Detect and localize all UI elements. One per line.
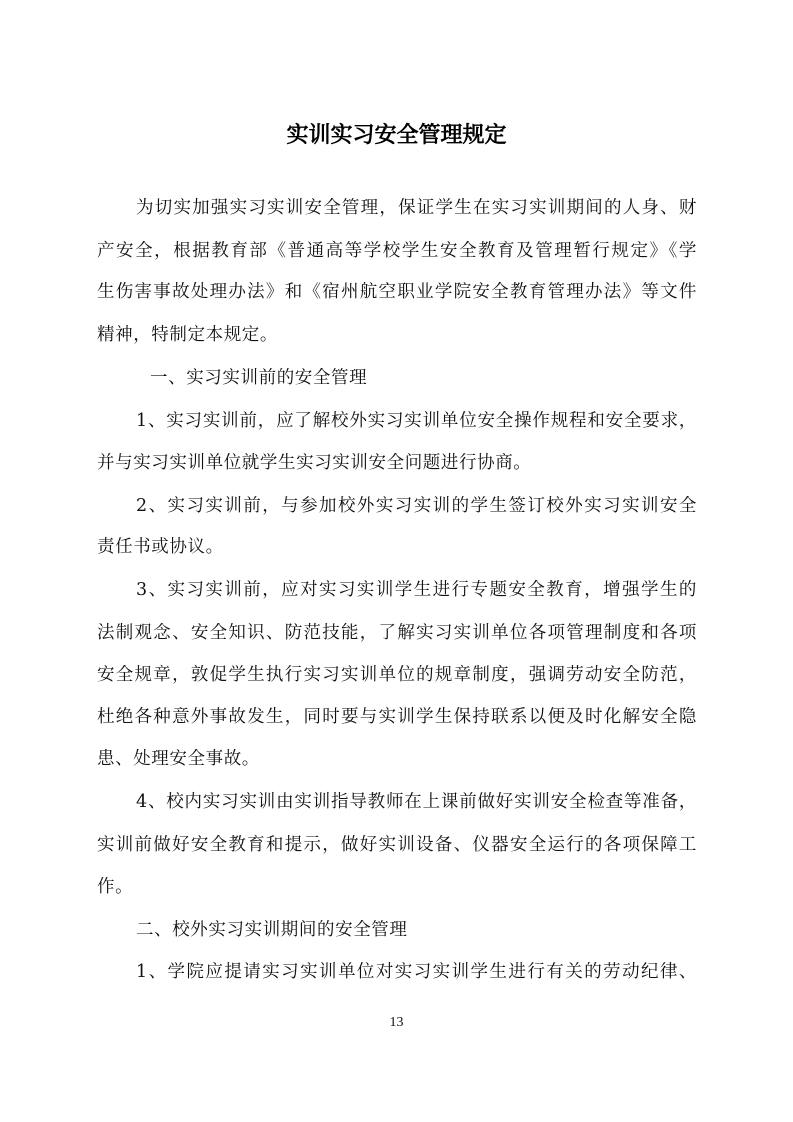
paragraph-line: 作。	[97, 875, 697, 899]
paragraph-line: 为切实加强实习实训安全管理，保证学生在实习实训期间的人身、财	[136, 196, 697, 220]
paragraph-line: 生伤害事故处理办法》和《宿州航空职业学院安全教育管理办法》等文件	[97, 280, 697, 304]
paragraph-line: 2、实习实训前，与参加校外实习实训的学生签订校外实习实训安全	[136, 494, 697, 518]
paragraph-line: 1、实习实训前，应了解校外实习实训单位安全操作规程和安全要求，	[136, 409, 697, 433]
paragraph-line: 安全规章，敦促学生执行实习实训单位的规章制度，强调劳动安全防范，	[97, 663, 697, 687]
paragraph-line: 法制观念、安全知识、防范技能，了解实习实训单位各项管理制度和各项	[97, 621, 697, 645]
section-heading: 二、校外实习实训期间的安全管理	[136, 918, 697, 942]
paragraph-line: 4、校内实习实训由实训指导教师在上课前做好实训安全检查等准备，	[136, 790, 697, 814]
paragraph-line: 3、实习实训前，应对实习实训学生进行专题安全教育，增强学生的	[136, 578, 697, 602]
paragraph-line: 实训前做好安全教育和提示，做好实训设备、仪器安全运行的各项保障工	[97, 833, 697, 857]
paragraph-line: 并与实习实训单位就学生实习实训安全问题进行协商。	[97, 451, 697, 475]
paragraph-line: 1、学院应提请实习实训单位对实习实训学生进行有关的劳动纪律、	[136, 960, 697, 984]
paragraph-line: 患、处理安全事故。	[97, 747, 697, 771]
paragraph-line: 杜绝各种意外事故发生，同时要与实训学生保持联系以便及时化解安全隐	[97, 705, 697, 729]
paragraph-line: 产安全，根据教育部《普通高等学校学生安全教育及管理暂行规定》《学	[97, 239, 697, 263]
paragraph-line: 精神，特制定本规定。	[97, 323, 697, 347]
paragraph-line: 责任书或协议。	[97, 535, 697, 559]
document-title: 实训实习安全管理规定	[0, 118, 793, 149]
page-number: 13	[0, 1015, 793, 1031]
section-heading: 一、实习实训前的安全管理	[150, 366, 697, 390]
document-page: 实训实习安全管理规定 为切实加强实习实训安全管理，保证学生在实习实训期间的人身、…	[0, 0, 793, 1122]
